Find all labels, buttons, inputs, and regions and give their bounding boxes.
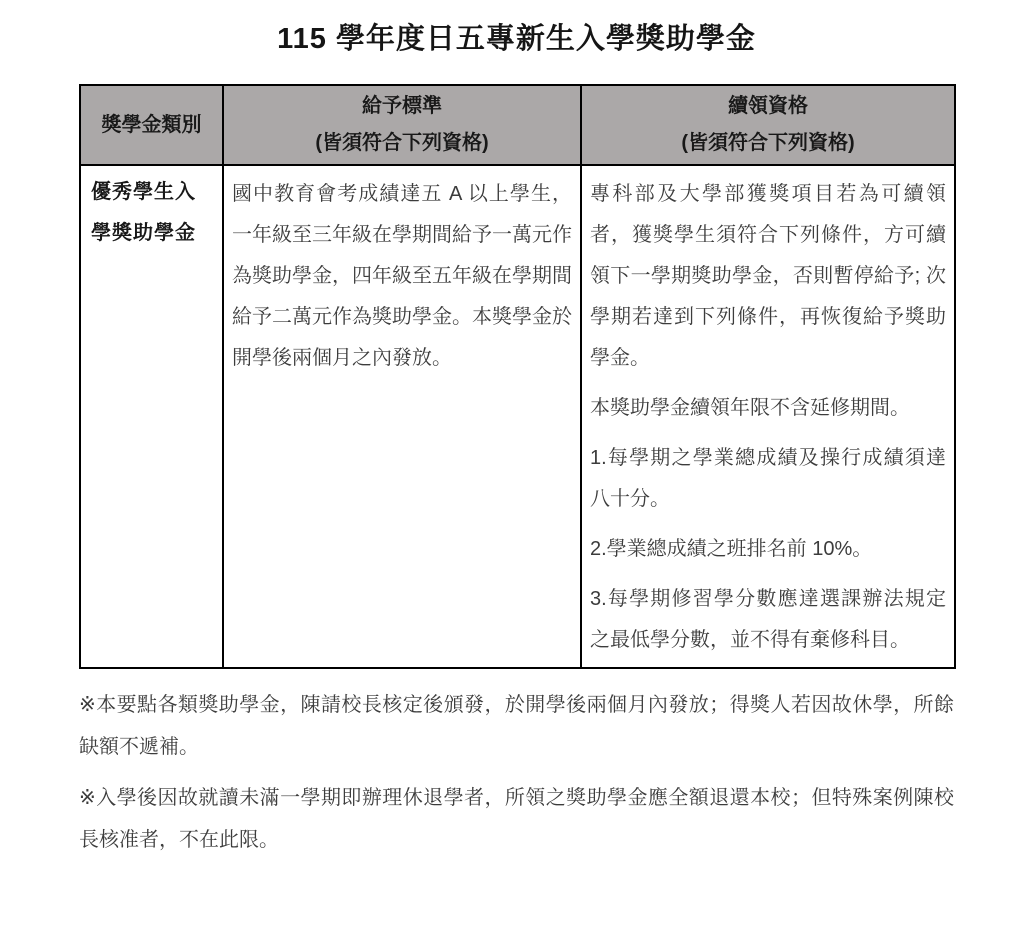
renewal-paragraph-1: 專科部及大學部獲獎項目若為可續領者，獲獎學生須符合下列條件，方可續領下一學期獎助… bbox=[590, 174, 946, 379]
criteria-paragraph: 國中教育會考成績達五 A 以上學生，一年級至三年級在學期間給予一萬元作為獎助學金… bbox=[232, 174, 572, 379]
header-renewal: 續領資格 (皆須符合下列資格) bbox=[581, 85, 955, 165]
header-renewal-label: 續領資格 bbox=[586, 88, 950, 125]
document-page: 115 學年度日五專新生入學獎助學金 獎學金類別 給予標準 (皆須符合下列資格)… bbox=[0, 0, 1029, 861]
header-criteria: 給予標準 (皆須符合下列資格) bbox=[223, 85, 581, 165]
renewal-paragraph-2: 本獎助學金續領年限不含延修期間。 bbox=[590, 388, 946, 429]
footnote-2: ※入學後因故就讀未滿一學期即辦理休退學者，所領之獎助學金應全額退還本校；但特殊案… bbox=[79, 777, 954, 861]
renewal-paragraph-3: 1.每學期之學業總成績及操行成績須達八十分。 bbox=[590, 438, 946, 520]
renewal-paragraph-5: 3.每學期修習學分數應達選課辦法規定之最低學分數，並不得有棄修科目。 bbox=[590, 579, 946, 661]
scholarship-table: 獎學金類別 給予標準 (皆須符合下列資格) 續領資格 (皆須符合下列資格) 優秀… bbox=[79, 84, 956, 669]
header-renewal-sublabel: (皆須符合下列資格) bbox=[586, 125, 950, 162]
cell-category: 優秀學生入學獎助學金 bbox=[80, 165, 223, 668]
header-criteria-label: 給予標準 bbox=[228, 88, 576, 125]
renewal-paragraph-4: 2.學業總成績之班排名前 10%。 bbox=[590, 529, 946, 570]
table-header-row: 獎學金類別 給予標準 (皆須符合下列資格) 續領資格 (皆須符合下列資格) bbox=[80, 85, 955, 165]
table-row: 優秀學生入學獎助學金 國中教育會考成績達五 A 以上學生，一年級至三年級在學期間… bbox=[80, 165, 955, 668]
header-category: 獎學金類別 bbox=[80, 85, 223, 165]
page-title: 115 學年度日五專新生入學獎助學金 bbox=[79, 16, 954, 57]
cell-renewal: 專科部及大學部獲獎項目若為可續領者，獲獎學生須符合下列條件，方可續領下一學期獎助… bbox=[581, 165, 955, 668]
header-criteria-sublabel: (皆須符合下列資格) bbox=[228, 125, 576, 162]
header-category-label: 獎學金類別 bbox=[85, 107, 218, 144]
footnote-1: ※本要點各類獎助學金，陳請校長核定後頒發，於開學後兩個月內發放；得獎人若因故休學… bbox=[79, 684, 954, 768]
cell-criteria: 國中教育會考成績達五 A 以上學生，一年級至三年級在學期間給予一萬元作為獎助學金… bbox=[223, 165, 581, 668]
